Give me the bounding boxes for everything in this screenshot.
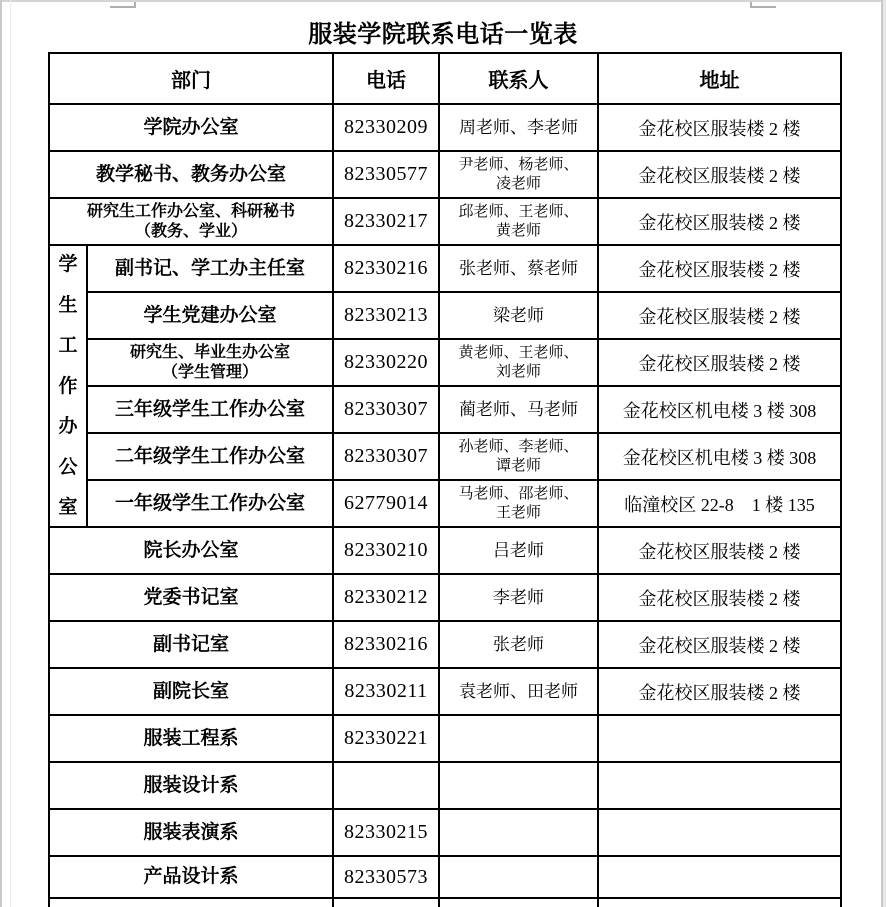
phone-cell: 82330307 bbox=[333, 386, 439, 433]
department-cell: 学院办公室 bbox=[49, 104, 333, 151]
header-department: 部门 bbox=[49, 53, 333, 104]
address-cell bbox=[598, 715, 841, 762]
department-cell: 副书记、学工办主任室 bbox=[87, 245, 333, 292]
table-row: 研究生、毕业生办公室 （学生管理） 82330220 黄老师、王老师、 刘老师 … bbox=[49, 339, 841, 386]
department-cell: 副书记室 bbox=[49, 621, 333, 668]
header-address: 地址 bbox=[598, 53, 841, 104]
address-cell bbox=[598, 762, 841, 809]
address-cell: 金花校区机电楼 3 楼 308 bbox=[598, 433, 841, 480]
phone-cell: 82330221 bbox=[333, 715, 439, 762]
address-cell: 金花校区服装楼 2 楼 bbox=[598, 104, 841, 151]
department-cell: 教学秘书、教务办公室 bbox=[49, 151, 333, 198]
page-edge-left-faint bbox=[10, 0, 11, 907]
contact-cell: 李老师 bbox=[439, 574, 598, 621]
department-cell: 三年级学生工作办公室 bbox=[87, 386, 333, 433]
contact-cell bbox=[439, 898, 598, 907]
margin-mark-top-right bbox=[750, 6, 776, 8]
address-cell: 金花校区机电楼 3 楼 308 bbox=[598, 386, 841, 433]
contact-cell: 蔺老师、马老师 bbox=[439, 386, 598, 433]
address-cell bbox=[598, 856, 841, 898]
phone-cell: 82330307 bbox=[333, 433, 439, 480]
department-cell: 产品设计系 bbox=[49, 856, 333, 898]
department-cell: 服装表演系 bbox=[49, 809, 333, 856]
contact-cell: 尹老师、杨老师、 凌老师 bbox=[439, 151, 598, 198]
table-row: 服装表演系 82330215 bbox=[49, 809, 841, 856]
table-row: 院长办公室 82330210 吕老师 金花校区服装楼 2 楼 bbox=[49, 527, 841, 574]
contact-cell: 袁老师、田老师 bbox=[439, 668, 598, 715]
contact-cell bbox=[439, 856, 598, 898]
contact-cell: 马老师、邵老师、 王老师 bbox=[439, 480, 598, 527]
address-cell: 金花校区服装楼 2 楼 bbox=[598, 292, 841, 339]
phone-cell: 82330213 bbox=[333, 292, 439, 339]
department-cell: 服装工程系 bbox=[49, 715, 333, 762]
phone-cell: 82330216 bbox=[333, 621, 439, 668]
contact-cell bbox=[439, 809, 598, 856]
table-row: 学生党建办公室 82330213 梁老师 金花校区服装楼 2 楼 bbox=[49, 292, 841, 339]
table-row: 三年级学生工作办公室 82330307 蔺老师、马老师 金花校区机电楼 3 楼 … bbox=[49, 386, 841, 433]
table-row: 服装工程系 82330221 bbox=[49, 715, 841, 762]
address-cell: 金花校区服装楼 2 楼 bbox=[598, 574, 841, 621]
address-cell bbox=[598, 898, 841, 907]
address-cell: 临潼校区 22-8 1 楼 135 bbox=[598, 480, 841, 527]
contact-cell: 张老师 bbox=[439, 621, 598, 668]
header-phone: 电话 bbox=[333, 53, 439, 104]
contact-cell: 黄老师、王老师、 刘老师 bbox=[439, 339, 598, 386]
address-cell: 金花校区服装楼 2 楼 bbox=[598, 151, 841, 198]
phone-cell bbox=[333, 762, 439, 809]
student-affairs-group-cell: 学生工作办公室 bbox=[49, 245, 87, 527]
table-row: 教学秘书、教务办公室 82330577 尹老师、杨老师、 凌老师 金花校区服装楼… bbox=[49, 151, 841, 198]
group-label-vertical: 学生工作办公室 bbox=[50, 255, 86, 517]
phone-cell: 82330573 bbox=[333, 856, 439, 898]
address-cell: 金花校区服装楼 2 楼 bbox=[598, 198, 841, 245]
contact-cell: 周老师、李老师 bbox=[439, 104, 598, 151]
header-row: 部门 电话 联系人 地址 bbox=[49, 53, 841, 104]
table-row: 产品设计系 82330573 bbox=[49, 856, 841, 898]
contact-cell: 张老师、蔡老师 bbox=[439, 245, 598, 292]
department-cell: 服装设计系 bbox=[49, 762, 333, 809]
department-cell: 研究生、毕业生办公室 （学生管理） bbox=[87, 339, 333, 386]
phone-cell: 82330215 bbox=[333, 809, 439, 856]
table-row: 二年级学生工作办公室 82330307 孙老师、李老师、 谭老师 金花校区机电楼… bbox=[49, 433, 841, 480]
phone-cell: 82330217 bbox=[333, 198, 439, 245]
table-row: 一年级学生工作办公室 62779014 马老师、邵老师、 王老师 临潼校区 22… bbox=[49, 480, 841, 527]
phone-cell: 62779014 bbox=[333, 480, 439, 527]
address-cell: 金花校区服装楼 2 楼 bbox=[598, 339, 841, 386]
address-cell: 金花校区服装楼 2 楼 bbox=[598, 668, 841, 715]
department-cell: 副院长室 bbox=[49, 668, 333, 715]
phone-cell: 82330210 bbox=[333, 527, 439, 574]
header-contact: 联系人 bbox=[439, 53, 598, 104]
phone-cell: 82330211 bbox=[333, 668, 439, 715]
contact-cell bbox=[439, 762, 598, 809]
table-row: 副书记室 82330216 张老师 金花校区服装楼 2 楼 bbox=[49, 621, 841, 668]
margin-mark-top-left-tick bbox=[134, 2, 136, 8]
page-title: 服装学院联系电话一览表 bbox=[0, 14, 886, 49]
department-cell: 学生党建办公室 bbox=[87, 292, 333, 339]
table-row-partial bbox=[49, 898, 841, 907]
page-edge-top bbox=[0, 0, 886, 2]
address-cell: 金花校区服装楼 2 楼 bbox=[598, 527, 841, 574]
department-cell: 研究生工作办公室、科研秘书 （教务、学业） bbox=[49, 198, 333, 245]
contact-cell bbox=[439, 715, 598, 762]
department-cell bbox=[49, 898, 333, 907]
phone-cell: 82330577 bbox=[333, 151, 439, 198]
margin-mark-top-right-tick bbox=[750, 2, 752, 8]
address-cell: 金花校区服装楼 2 楼 bbox=[598, 621, 841, 668]
address-cell bbox=[598, 809, 841, 856]
margin-mark-top-left bbox=[110, 6, 136, 8]
phone-cell bbox=[333, 898, 439, 907]
phone-cell: 82330220 bbox=[333, 339, 439, 386]
department-cell: 院长办公室 bbox=[49, 527, 333, 574]
contact-cell: 邱老师、王老师、 黄老师 bbox=[439, 198, 598, 245]
department-cell: 一年级学生工作办公室 bbox=[87, 480, 333, 527]
page-edge-left bbox=[0, 0, 2, 907]
table-row: 研究生工作办公室、科研秘书 （教务、学业） 82330217 邱老师、王老师、 … bbox=[49, 198, 841, 245]
address-cell: 金花校区服装楼 2 楼 bbox=[598, 245, 841, 292]
table-row: 副院长室 82330211 袁老师、田老师 金花校区服装楼 2 楼 bbox=[49, 668, 841, 715]
table-row: 学院办公室 82330209 周老师、李老师 金花校区服装楼 2 楼 bbox=[49, 104, 841, 151]
contact-cell: 梁老师 bbox=[439, 292, 598, 339]
department-cell: 二年级学生工作办公室 bbox=[87, 433, 333, 480]
document-page: 服装学院联系电话一览表 部门 电话 联系人 地址 学院办公室 82330209 … bbox=[0, 0, 886, 907]
phone-cell: 82330209 bbox=[333, 104, 439, 151]
table-row: 服装设计系 bbox=[49, 762, 841, 809]
table-row: 党委书记室 82330212 李老师 金花校区服装楼 2 楼 bbox=[49, 574, 841, 621]
contact-cell: 吕老师 bbox=[439, 527, 598, 574]
department-cell: 党委书记室 bbox=[49, 574, 333, 621]
contact-cell: 孙老师、李老师、 谭老师 bbox=[439, 433, 598, 480]
phone-cell: 82330216 bbox=[333, 245, 439, 292]
contact-table: 部门 电话 联系人 地址 学院办公室 82330209 周老师、李老师 金花校区… bbox=[48, 52, 842, 907]
table-row: 学生工作办公室副书记、学工办主任室 82330216 张老师、蔡老师 金花校区服… bbox=[49, 245, 841, 292]
phone-cell: 82330212 bbox=[333, 574, 439, 621]
